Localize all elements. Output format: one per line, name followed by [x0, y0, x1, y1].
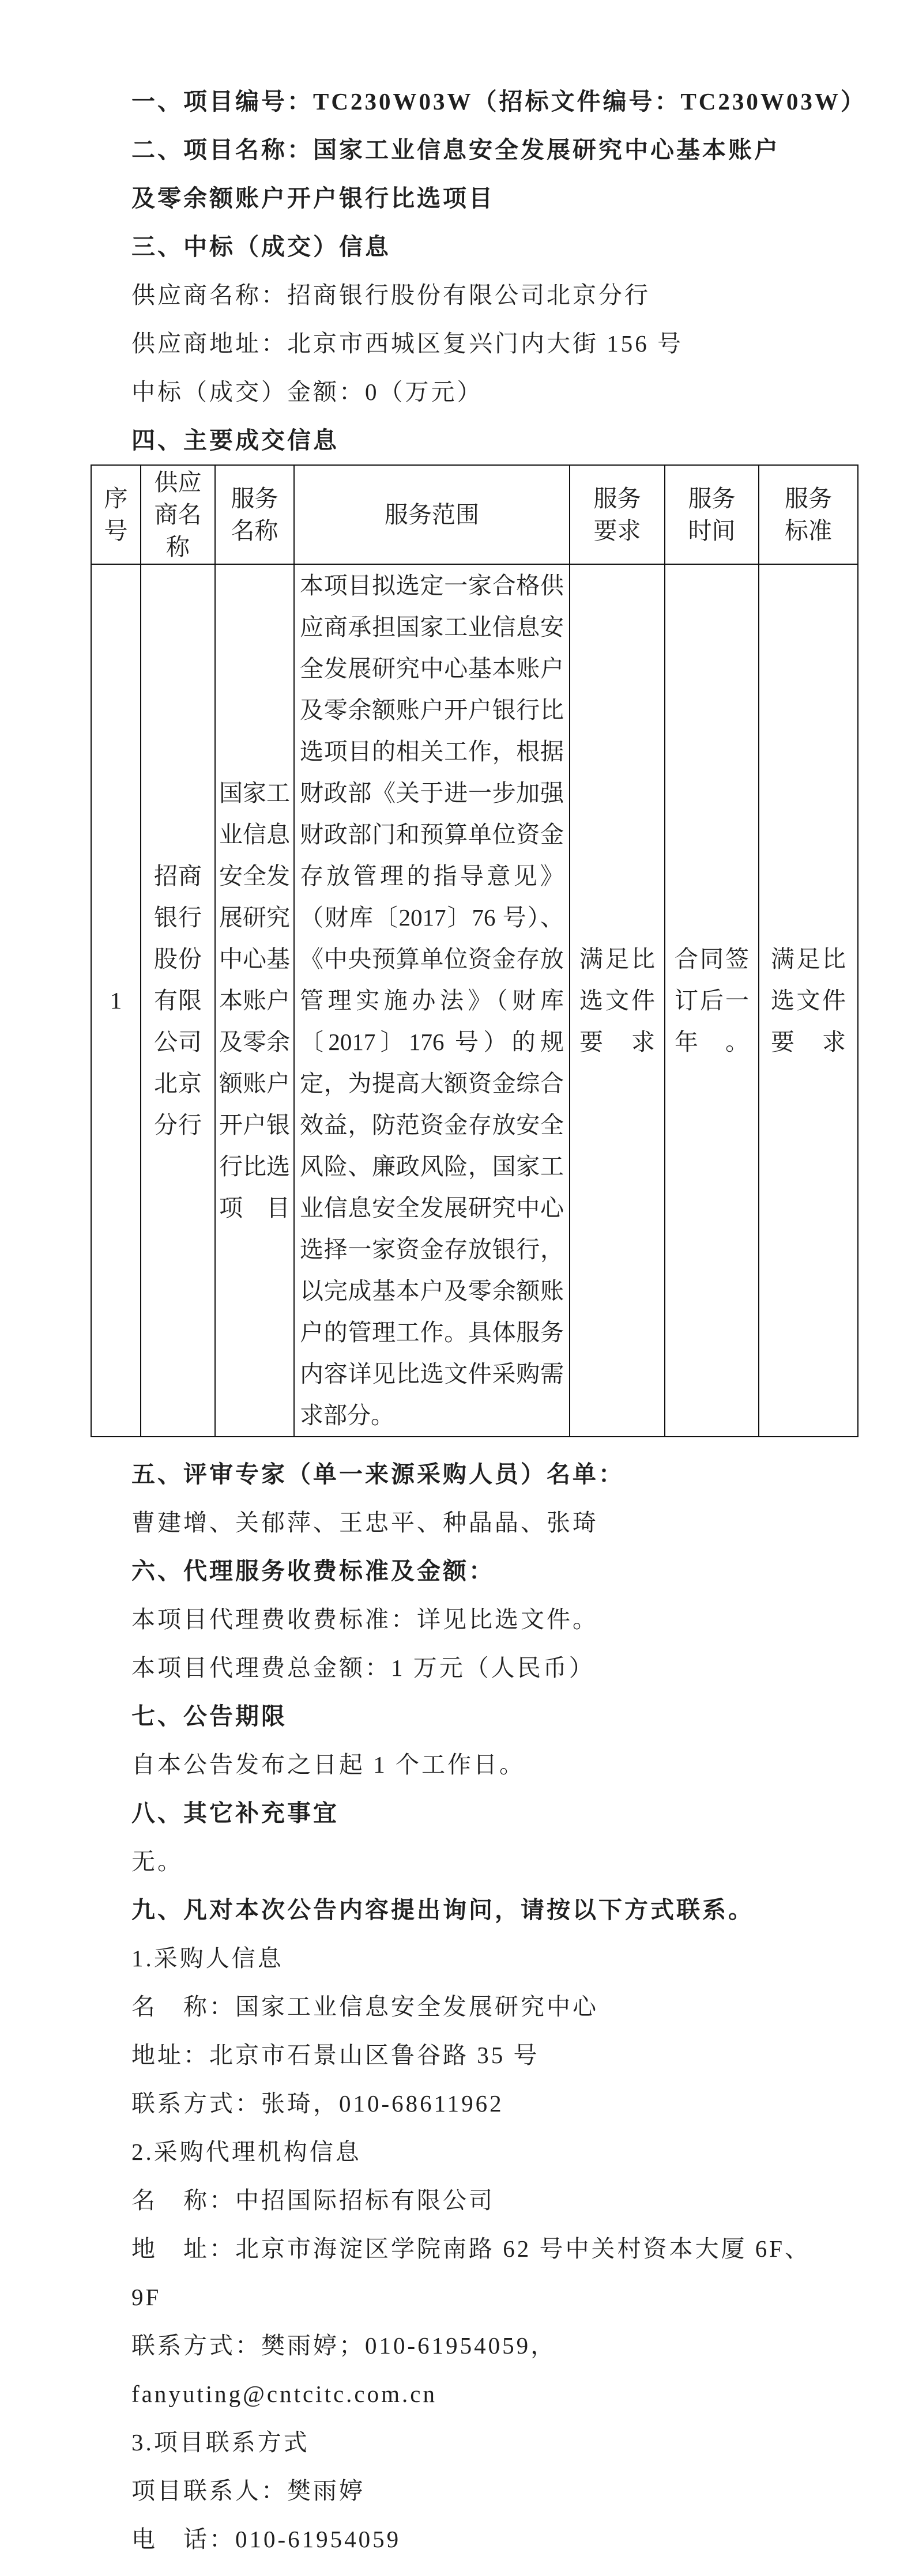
- heading-award-info: 三、中标（成交）信息: [131, 222, 892, 271]
- purchaser-contact: 联系方式：张琦，010-68611962: [131, 2079, 892, 2128]
- agency-fee-standard: 本项目代理费收费标准：详见比选文件。: [131, 1595, 892, 1644]
- heading-agency-fee: 六、代理服务收费标准及金额：: [131, 1547, 892, 1595]
- heading-project-name-line-1: 二、项目名称：国家工业信息安全发展研究中心基本账户: [131, 126, 892, 174]
- cell-seq: 1: [91, 564, 141, 1437]
- col-header-supplier: 供应商名称: [141, 465, 215, 564]
- col-header-service-scope: 服务范围: [294, 465, 570, 564]
- heading-project-name-line-2: 及零余额账户开户银行比选项目: [131, 174, 892, 222]
- agency-contact-email: fanyuting@cntcitc.com.cn: [131, 2370, 892, 2418]
- cell-service-requirement: 满足比选文件要求: [570, 564, 665, 1437]
- supplementary-none: 无。: [131, 1837, 892, 1886]
- project-contact-title: 3.项目联系方式: [131, 2418, 892, 2467]
- project-contact-person: 项目联系人：樊雨婷: [131, 2467, 892, 2515]
- deal-info-table: 序号 供应商名称 服务名称 服务范围 服务要求 服务时间 服务标准 1 招商银行…: [91, 464, 858, 1437]
- document-content: 一、项目编号：TC230W03W（招标文件编号：TC230W03W） 二、项目名…: [0, 0, 915, 2563]
- cell-supplier: 招商银行股份有限公司北京分行: [141, 564, 215, 1437]
- heading-supplementary: 八、其它补充事宜: [131, 1789, 892, 1837]
- project-contact-phone: 电 话：010-61954059: [131, 2515, 892, 2563]
- heading-main-deal-info: 四、主要成交信息: [131, 416, 892, 464]
- award-amount-line: 中标（成交）金额：0（万元）: [131, 368, 892, 416]
- supplier-address-line: 供应商地址：北京市西城区复兴门内大街 156 号: [131, 319, 892, 368]
- heading-review-experts: 五、评审专家（单一来源采购人员）名单：: [131, 1450, 892, 1498]
- procurement-announcement-document: 一、项目编号：TC230W03W（招标文件编号：TC230W03W） 二、项目名…: [0, 0, 915, 2576]
- purchaser-info-title: 1.采购人信息: [131, 1934, 892, 1982]
- supplier-name-line: 供应商名称：招商银行股份有限公司北京分行: [131, 271, 892, 319]
- col-header-seq: 序号: [91, 465, 141, 564]
- agency-fee-total: 本项目代理费总金额：1 万元（人民币）: [131, 1644, 892, 1692]
- table-header-row: 序号 供应商名称 服务名称 服务范围 服务要求 服务时间 服务标准: [91, 465, 858, 564]
- bottom-section: 五、评审专家（单一来源采购人员）名单： 曹建增、关郁萍、王忠平、种晶晶、张琦 六…: [91, 1450, 892, 2563]
- col-header-service-requirement: 服务要求: [570, 465, 665, 564]
- purchaser-address: 地址：北京市石景山区鲁谷路 35 号: [131, 2031, 892, 2079]
- top-section: 一、项目编号：TC230W03W（招标文件编号：TC230W03W） 二、项目名…: [91, 77, 892, 464]
- agency-address-line-1: 地 址：北京市海淀区学院南路 62 号中关村资本大厦 6F、: [131, 2224, 892, 2273]
- purchaser-name: 名 称：国家工业信息安全发展研究中心: [131, 1982, 892, 2031]
- col-header-service-name: 服务名称: [215, 465, 294, 564]
- heading-contact-methods: 九、凡对本次公告内容提出询问，请按以下方式联系。: [131, 1886, 892, 1934]
- agency-name: 名 称：中招国际招标有限公司: [131, 2176, 892, 2224]
- announcement-period-text: 自本公告发布之日起 1 个工作日。: [131, 1740, 892, 1789]
- agency-info-title: 2.采购代理机构信息: [131, 2128, 892, 2176]
- agency-contact-line: 联系方式：樊雨婷；010-61954059，: [131, 2321, 892, 2370]
- cell-service-scope: 本项目拟选定一家合格供应商承担国家工业信息安全发展研究中心基本账户及零余额账户开…: [294, 564, 570, 1437]
- expert-names: 曹建增、关郁萍、王忠平、种晶晶、张琦: [131, 1498, 892, 1547]
- cell-service-time: 合同签订后一年。: [665, 564, 759, 1437]
- table-row: 1 招商银行股份有限公司北京分行 国家工业信息安全发展研究中心基本账户及零余额账…: [91, 564, 858, 1437]
- agency-address-line-2: 9F: [131, 2273, 892, 2321]
- cell-service-standard: 满足比选文件要求: [759, 564, 858, 1437]
- cell-service-name: 国家工业信息安全发展研究中心基本账户及零余额账户开户银行比选项目: [215, 564, 294, 1437]
- heading-project-number: 一、项目编号：TC230W03W（招标文件编号：TC230W03W）: [131, 77, 892, 126]
- col-header-service-standard: 服务标准: [759, 465, 858, 564]
- col-header-service-time: 服务时间: [665, 465, 759, 564]
- heading-announcement-period: 七、公告期限: [131, 1692, 892, 1740]
